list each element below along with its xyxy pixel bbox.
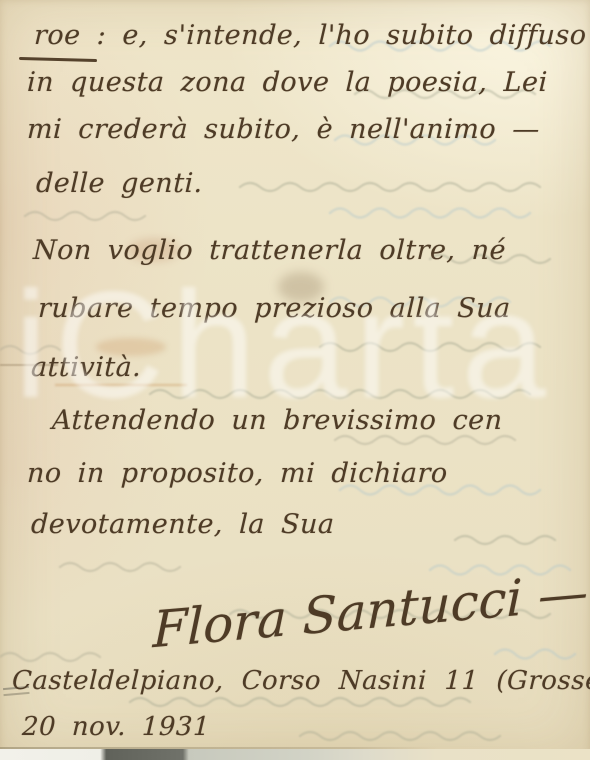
scan-background-strip — [0, 749, 590, 760]
letter-line: Non voglio trattenerla oltre, né — [32, 235, 506, 266]
letter-line: devotamente, la Sua — [30, 509, 335, 540]
letter-line: in questa zona dove la poesia, Lei — [26, 67, 548, 98]
rust-streak — [55, 384, 187, 386]
letter-line: roe : e, s'intende, l'ho subito diffuso — [33, 20, 587, 51]
letter-line: no in proposito, mi dichiaro — [26, 458, 448, 489]
scanned-letter-page: roe : e, s'intende, l'ho subito diffuso … — [0, 0, 590, 760]
address-line: Casteldelpiano, Corso Nasini 11 (Grosset… — [11, 666, 590, 696]
letter-line: rubare tempo prezioso alla Sua — [37, 293, 511, 324]
date-line: 20 nov. 1931 — [21, 712, 210, 742]
letter-line: delle genti. — [35, 168, 203, 199]
letter-line: attività. — [30, 352, 141, 383]
letter-line: mi crederà subito, è nell'animo — — [26, 114, 540, 145]
letter-line: Attendendo un brevissimo cen — [51, 405, 503, 436]
